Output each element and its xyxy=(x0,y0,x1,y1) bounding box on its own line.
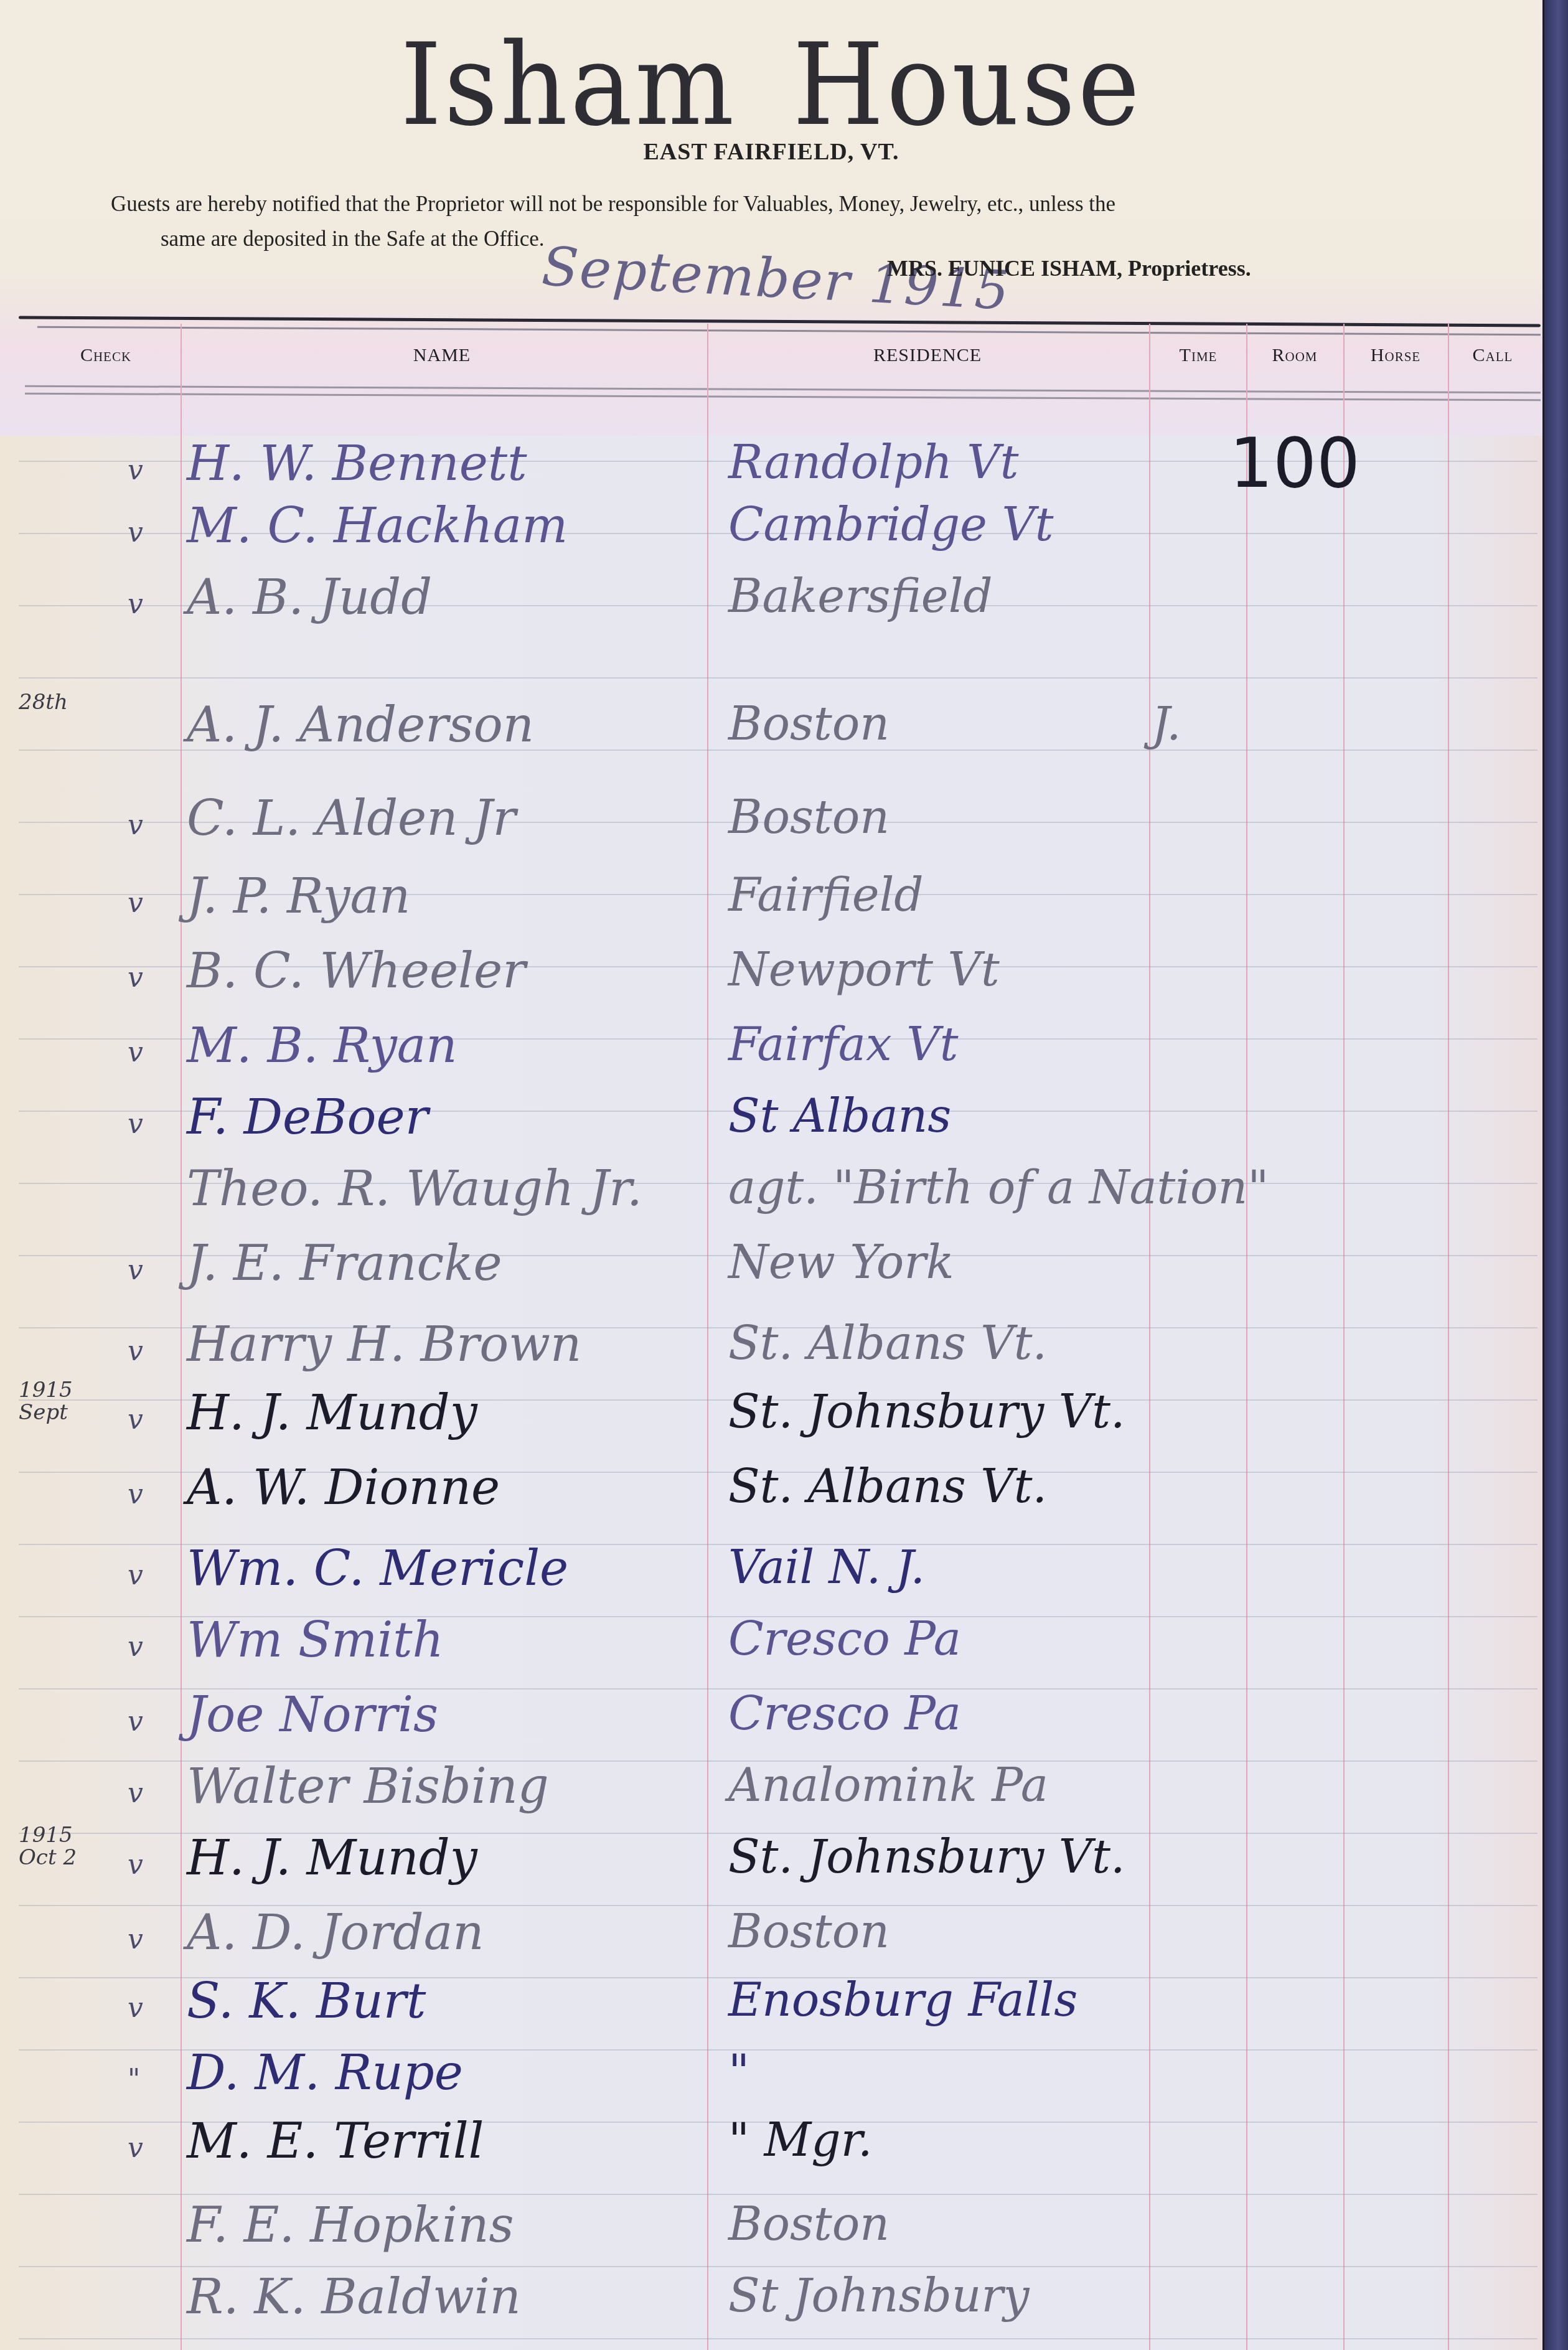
guest-name: R. K. Baldwin xyxy=(187,2269,521,2325)
guest-residence: Boston xyxy=(728,2197,890,2251)
guest-name: D. M. Rupe xyxy=(187,2045,463,2101)
guest-residence: Bakersfield xyxy=(728,570,993,623)
guest-residence: St. Albans Vt. xyxy=(728,1317,1047,1370)
page-title: IshamHouse xyxy=(0,19,1542,151)
check-mark: v xyxy=(128,1631,143,1663)
check-mark: v xyxy=(128,588,143,620)
register-page: IshamHouse EAST FAIRFIELD, VT. Guests ar… xyxy=(0,0,1544,2350)
column-header-room: Room xyxy=(1247,345,1342,366)
guest-name: Wm. C. Mericle xyxy=(187,1541,568,1597)
check-mark: v xyxy=(128,809,143,841)
guest-name: M. E. Terrill xyxy=(187,2113,484,2169)
check-mark: v xyxy=(128,1777,143,1809)
guest-name: F. E. Hopkins xyxy=(187,2197,514,2254)
proprietress-line: MRS. EUNICE ISHAM, Proprietress. xyxy=(887,255,1251,281)
guest-residence: Cresco Pa xyxy=(728,1612,961,1666)
guest-residence: Enosburg Falls xyxy=(728,1973,1077,2027)
check-mark: v xyxy=(128,1849,143,1881)
guest-residence: St. Johnsbury Vt. xyxy=(728,1830,1125,1884)
guest-residence: New York xyxy=(728,1236,954,1289)
guest-residence: Cresco Pa xyxy=(728,1687,961,1741)
column-header-horse: Horse xyxy=(1345,345,1447,366)
guest-residence: Randolph Vt xyxy=(728,436,1019,489)
guest-name: H. J. Mundy xyxy=(187,1385,477,1441)
check-mark: v xyxy=(128,1036,143,1068)
check-mark: v xyxy=(128,1254,143,1286)
guest-name: B. C. Wheeler xyxy=(187,943,526,999)
guest-residence: Newport Vt xyxy=(728,943,1000,997)
guest-residence: Boston xyxy=(728,697,890,751)
book-binding xyxy=(1544,0,1568,2350)
column-header-time: Time xyxy=(1152,345,1245,366)
margin-date-note: 28th xyxy=(19,691,93,713)
guest-residence: Boston xyxy=(728,1905,890,1958)
guest-residence: Analomink Pa xyxy=(728,1759,1048,1812)
guest-name: J. P. Ryan xyxy=(187,868,410,924)
guest-residence: Fairfax Vt xyxy=(728,1018,958,1071)
check-mark: v xyxy=(128,1478,143,1510)
guest-name: Walter Bisbing xyxy=(187,1759,549,1815)
check-mark: v xyxy=(128,1404,143,1436)
guest-name: Wm Smith xyxy=(187,1612,444,1668)
hotel-location: EAST FAIRFIELD, VT. xyxy=(0,138,1542,166)
guest-residence: Cambridge Vt xyxy=(728,498,1054,552)
check-mark: v xyxy=(128,1924,143,1955)
check-mark: v xyxy=(128,454,143,486)
ruled-line xyxy=(19,2338,1537,2339)
column-divider-room xyxy=(1343,324,1345,2350)
guest-name: A. W. Dionne xyxy=(187,1460,500,1516)
guest-name: M. B. Ryan xyxy=(187,1018,458,1074)
check-mark: v xyxy=(128,1108,143,1140)
guest-name: Harry H. Brown xyxy=(187,1317,581,1373)
guest-residence: Boston xyxy=(728,791,890,844)
ruled-line xyxy=(19,2194,1537,2195)
time-mark: J. xyxy=(1152,697,1181,751)
ruled-line xyxy=(19,677,1537,679)
guest-name: C. L. Alden Jr xyxy=(187,791,516,847)
margin-date-note: 1915 Oct 2 xyxy=(19,1824,93,1869)
column-divider-check xyxy=(181,324,182,2350)
column-header-check: Check xyxy=(62,345,149,366)
guest-residence: St. Albans Vt. xyxy=(728,1460,1047,1513)
column-header-name: NAME xyxy=(349,345,535,366)
guest-residence: agt. "Birth of a Nation" xyxy=(728,1161,1269,1215)
guest-name: F. DeBoer xyxy=(187,1089,428,1145)
column-divider-name xyxy=(707,324,708,2350)
column-divider-time xyxy=(1246,324,1247,2350)
column-divider-residence xyxy=(1149,324,1150,2350)
check-mark: v xyxy=(128,887,143,919)
check-mark: " xyxy=(128,2064,140,2095)
guest-name: Theo. R. Waugh Jr. xyxy=(187,1161,642,1217)
guest-residence: St Albans xyxy=(728,1089,951,1143)
guest-name: A. D. Jordan xyxy=(187,1905,484,1961)
notice-line-1: Guests are hereby notified that the Prop… xyxy=(111,192,1115,216)
room-number: 100 xyxy=(1229,423,1360,503)
check-mark: v xyxy=(128,1992,143,2024)
column-header-residence: RESIDENCE xyxy=(834,345,1021,366)
column-header-call: Call xyxy=(1449,345,1536,366)
guest-name: A. J. Anderson xyxy=(187,697,534,753)
check-mark: v xyxy=(128,517,143,548)
check-mark: v xyxy=(128,2132,143,2164)
guest-name: H. W. Bennett xyxy=(187,436,527,492)
margin-date-note: 1915 Sept xyxy=(19,1379,93,1424)
check-mark: v xyxy=(128,1335,143,1367)
guest-residence: Fairfield xyxy=(728,868,924,922)
column-divider-horse xyxy=(1448,324,1449,2350)
guest-name: A. B. Judd xyxy=(187,570,432,626)
guest-residence: St. Johnsbury Vt. xyxy=(728,1385,1125,1439)
guest-name: H. J. Mundy xyxy=(187,1830,477,1886)
title-word-1: Isham xyxy=(400,19,736,151)
guest-name: S. K. Burt xyxy=(187,1973,426,2029)
title-word-2: House xyxy=(792,19,1142,151)
check-mark: v xyxy=(128,1559,143,1591)
ruled-line xyxy=(19,2266,1537,2267)
check-mark: v xyxy=(128,1706,143,1737)
guest-residence: Vail N. J. xyxy=(728,1541,925,1594)
guest-residence: " xyxy=(728,2045,749,2099)
guest-notice: Guests are hereby notified that the Prop… xyxy=(111,187,1449,256)
guest-name: Joe Norris xyxy=(187,1687,438,1743)
guest-residence: St Johnsbury xyxy=(728,2269,1030,2323)
guest-name: J. E. Francke xyxy=(187,1236,502,1292)
guest-name: M. C. Hackham xyxy=(187,498,568,554)
check-mark: v xyxy=(128,962,143,994)
guest-residence: " Mgr. xyxy=(728,2113,872,2167)
